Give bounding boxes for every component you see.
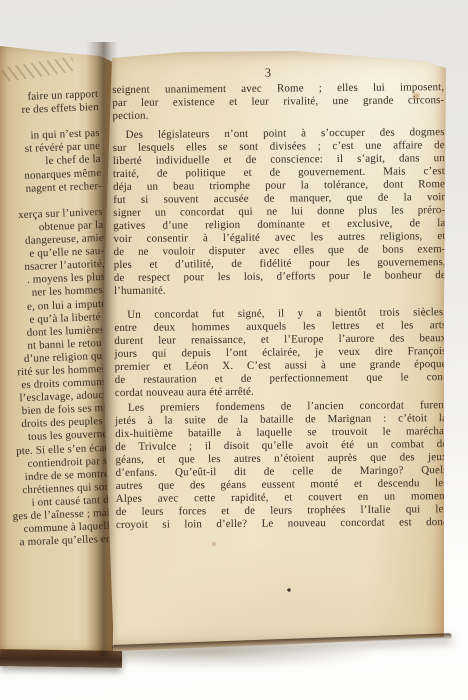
book-photo: faire un rapportre des effets bienin qui…: [0, 0, 468, 700]
page-number: 3: [112, 63, 424, 82]
right-page: 3 seignent unanimement avec Rome ; elles…: [94, 44, 450, 656]
text-line: croyoit si loin d’elle? Le nouveau conco…: [116, 516, 448, 532]
left-page: faire un rapportre des effets bienin qui…: [0, 40, 113, 658]
page-edge-marks: [1, 56, 74, 82]
right-page-text: 3 seignent unanimement avec Rome ; elles…: [112, 63, 448, 532]
text-line: cordat nouveau aura été arrêté.: [115, 384, 447, 400]
text-line: l’humanité.: [114, 282, 446, 298]
text-line-fragment: a morale qu’elles en-: [0, 533, 113, 556]
book-cover-edge: [0, 649, 122, 668]
left-page-text: faire un rapportre des effets bienin qui…: [0, 88, 113, 556]
